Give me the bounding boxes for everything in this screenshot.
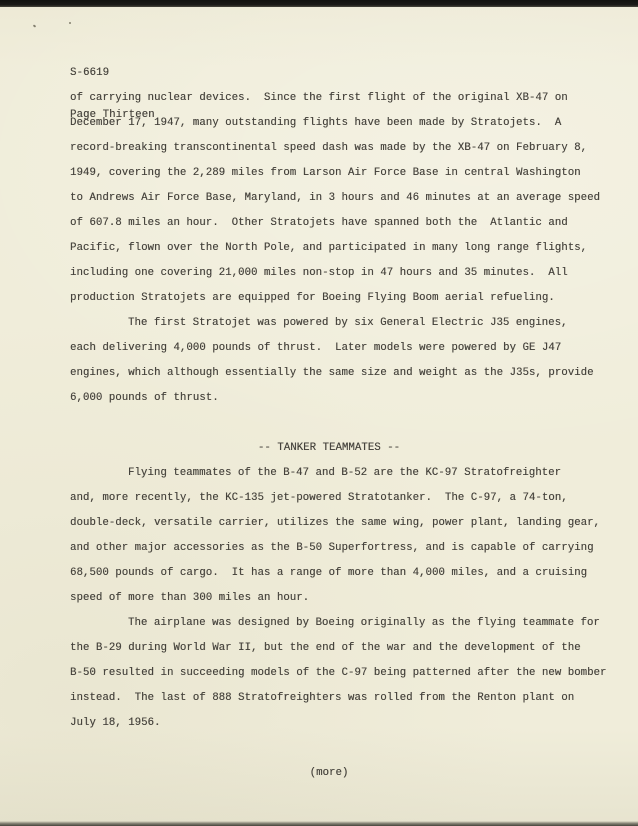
paper-speck [69,22,71,24]
text-line: 1949, covering the 2,289 miles from Lars… [70,161,610,186]
spacer-line [70,411,610,436]
text-line: July 18, 1956. [70,711,610,736]
text-line: December 17, 1947, many outstanding flig… [70,111,610,136]
text-line: instead. The last of 888 Stratofreighter… [70,686,610,711]
text-line: the B-29 during World War II, but the en… [70,636,610,661]
text-line: of carrying nuclear devices. Since the f… [70,86,610,111]
scan-edge-top [0,0,638,7]
text-line: production Stratojets are equipped for B… [70,286,610,311]
text-line: and other major accessories as the B-50 … [70,536,610,561]
text-line: including one covering 21,000 miles non-… [70,261,610,286]
scan-edge-bottom [0,821,638,826]
text-line: 6,000 pounds of thrust. [70,386,610,411]
paper-speck [33,24,37,27]
more-indicator: (more) [70,761,610,786]
text-line: The first Stratojet was powered by six G… [70,311,610,336]
text-line: record-breaking transcontinental speed d… [70,136,610,161]
text-line: of 607.8 miles an hour. Other Stratojets… [70,211,610,236]
text-line: each delivering 4,000 pounds of thrust. … [70,336,610,361]
text-line: engines, which although essentially the … [70,361,610,386]
text-line: speed of more than 300 miles an hour. [70,586,610,611]
text-line: double-deck, versatile carrier, utilizes… [70,511,610,536]
spacer-line [70,736,610,761]
doc-number: S-6619 [70,66,155,80]
text-line: B-50 resulted in succeeding models of th… [70,661,610,686]
doc-body: of carrying nuclear devices. Since the f… [70,86,610,786]
text-line: to Andrews Air Force Base, Maryland, in … [70,186,610,211]
text-line: Flying teammates of the B-47 and B-52 ar… [70,461,610,486]
document-page: S-6619 Page Thirteen of carrying nuclear… [0,0,638,826]
text-line: Pacific, flown over the North Pole, and … [70,236,610,261]
text-line: The airplane was designed by Boeing orig… [70,611,610,636]
section-heading: -- TANKER TEAMMATES -- [70,436,610,461]
text-line: 68,500 pounds of cargo. It has a range o… [70,561,610,586]
text-line: and, more recently, the KC-135 jet-power… [70,486,610,511]
